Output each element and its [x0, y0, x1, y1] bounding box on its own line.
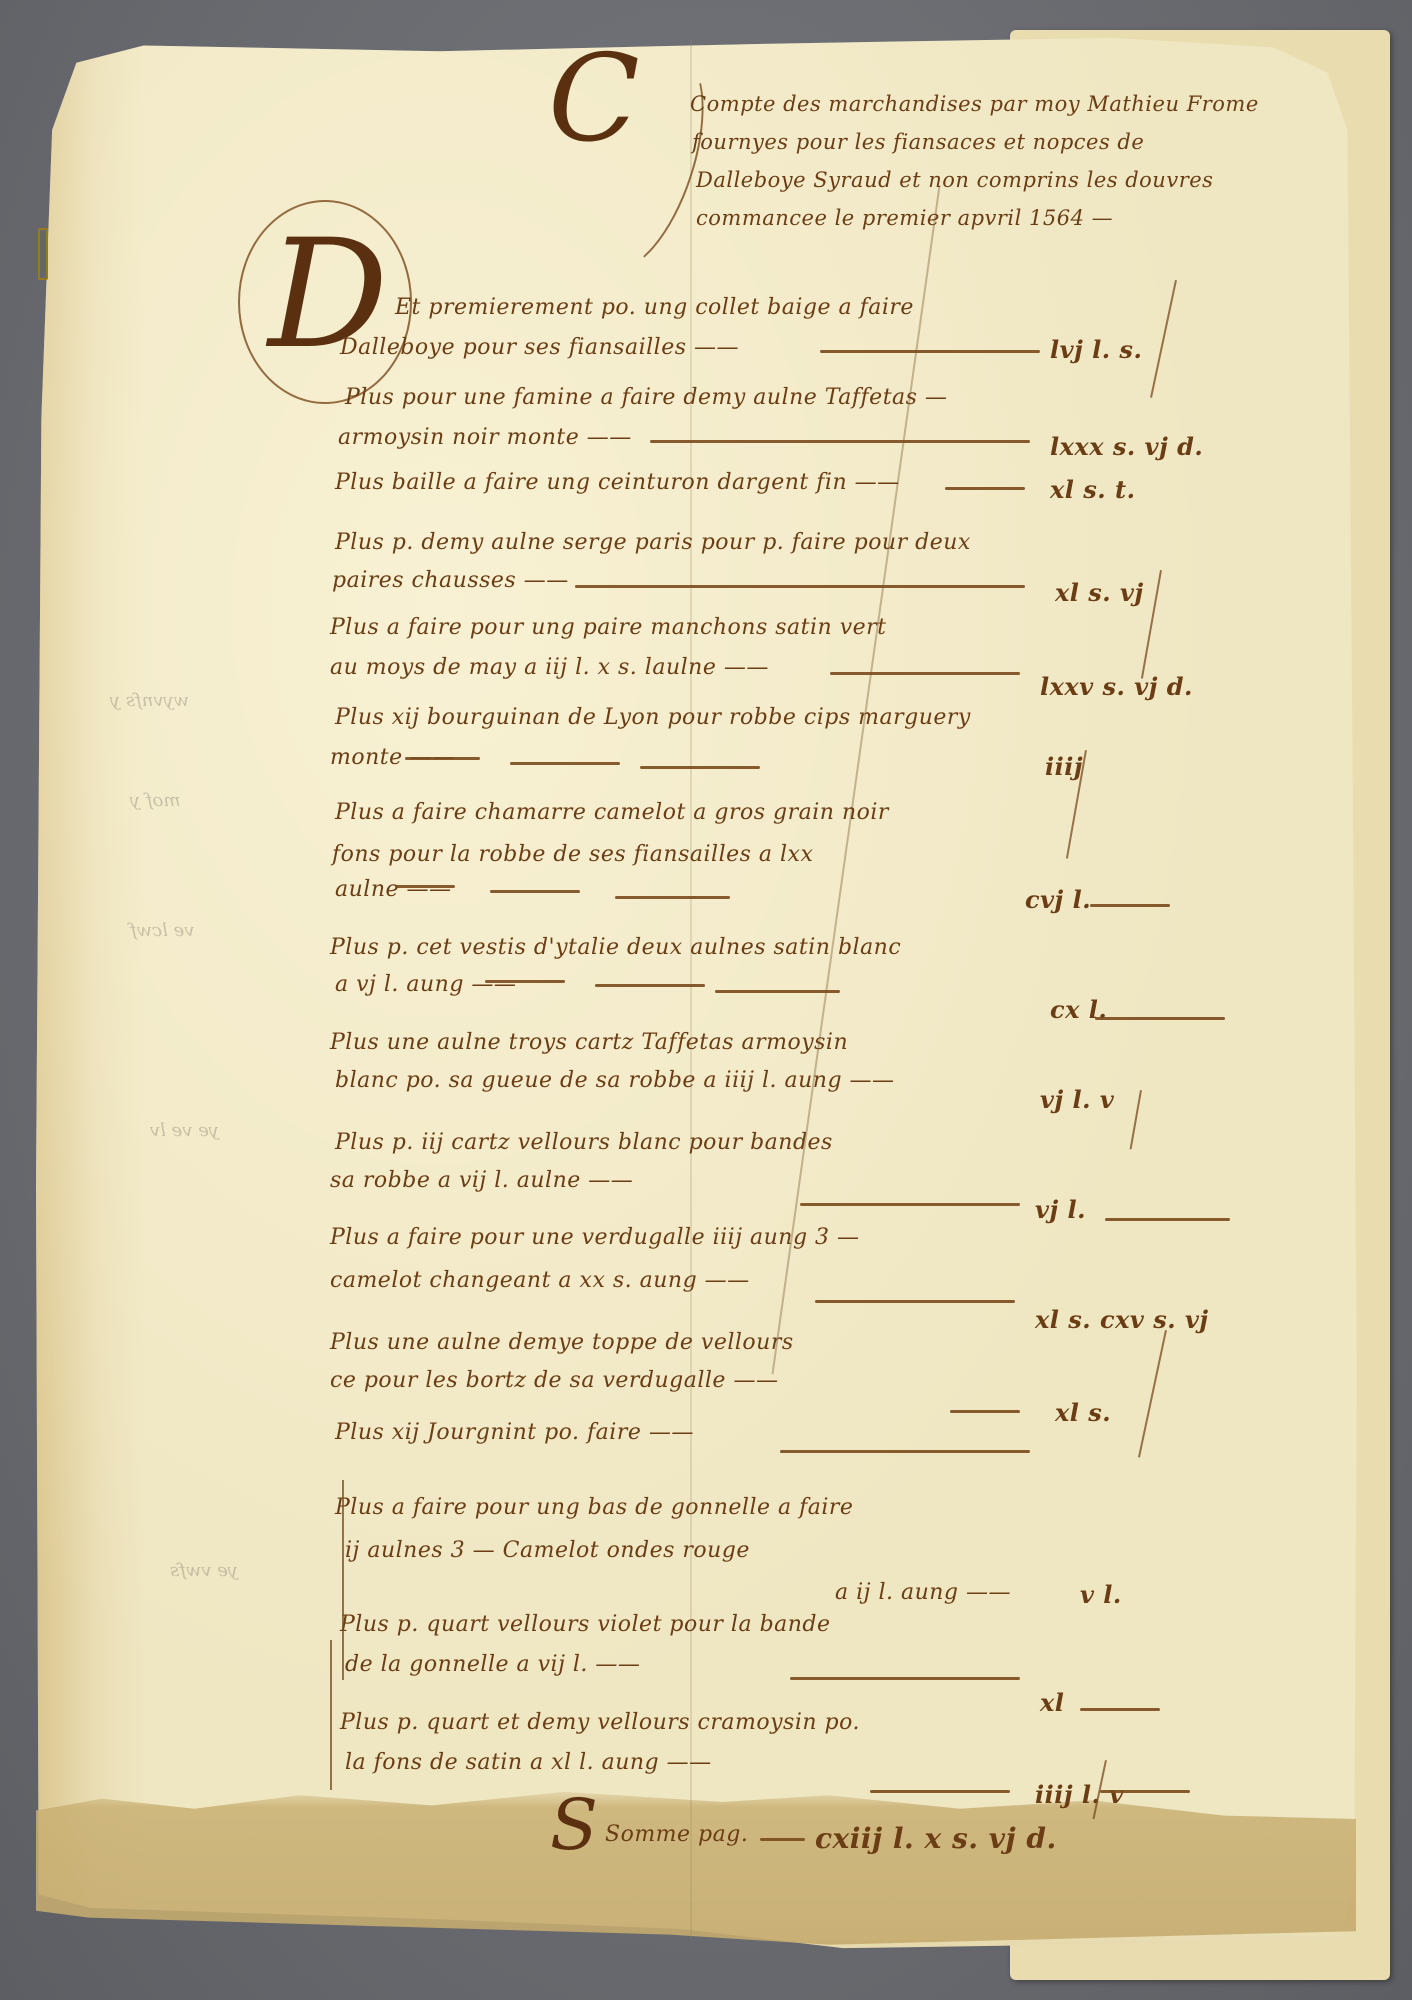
ledger-rule — [870, 1790, 1010, 1793]
decorated-initial-s: S — [550, 1790, 598, 1860]
bracket-stroke — [330, 1640, 332, 1790]
entry-line: aulne —— — [335, 877, 452, 902]
entry-line: Et premierement po. ung collet baige a f… — [395, 295, 914, 320]
entry-line: a ij l. aung —— — [835, 1580, 1011, 1605]
entry-line: Plus p. cet vestis d'ytalie deux aulnes … — [330, 935, 901, 960]
entry-line: Plus une aulne demye toppe de vellours — [330, 1330, 794, 1355]
heading-line: Dalleboye Syraud et non comprins les dou… — [696, 168, 1213, 192]
entry-amount: iiij — [1045, 752, 1083, 781]
entry-amount: xl — [1040, 1688, 1064, 1717]
ledger-rule — [815, 1300, 1015, 1303]
entry-line: camelot changeant a xx s. aung —— — [330, 1268, 750, 1293]
entry-amount: xl s. vj — [1055, 578, 1144, 607]
ledger-rule — [1095, 1017, 1225, 1020]
ledger-rule — [1080, 1708, 1160, 1711]
entry-line: la fons de satin a xl l. aung —— — [345, 1750, 712, 1775]
ledger-rule — [595, 984, 705, 987]
entry-line: de la gonnelle a vij l. —— — [345, 1652, 640, 1677]
ledger-rule — [650, 440, 1030, 443]
entry-line: a vj l. aung —— — [335, 972, 516, 997]
bleed-through-text: wyvnfs y — [110, 690, 189, 711]
heading-line: fournyes pour les fiansaces et nopces de — [692, 130, 1144, 154]
entry-line: Plus xij Jourgnint po. faire —— — [335, 1420, 694, 1445]
ledger-rule — [1105, 1218, 1230, 1221]
ledger-rule — [575, 585, 1025, 588]
ledger-rule — [715, 990, 840, 993]
entry-line: armoysin noir monte —— — [338, 425, 632, 450]
ledger-rule — [395, 885, 455, 888]
entry-line: Plus pour une famine a faire demy aulne … — [345, 385, 947, 410]
entry-line: ce pour les bortz de sa verdugalle —— — [330, 1368, 778, 1393]
ledger-rule — [640, 766, 760, 769]
entry-amount: vj l. v — [1040, 1085, 1114, 1114]
ledger-rule — [820, 350, 1040, 353]
entry-line: Plus p. demy aulne serge paris pour p. f… — [335, 530, 971, 555]
manuscript-page — [36, 34, 1381, 1952]
entry-amount: lvj l. s. — [1050, 335, 1142, 364]
bracket-stroke — [342, 1480, 344, 1680]
entry-line: ij aulnes 3 — Camelot ondes rouge — [345, 1538, 750, 1563]
entry-amount: iiij l. v — [1035, 1780, 1124, 1809]
binding-clip-icon — [38, 228, 48, 280]
ledger-rule — [790, 1677, 1020, 1680]
entry-amount: lxxx s. vj d. — [1050, 432, 1203, 461]
entry-line: Plus a faire pour une verdugalle iiij au… — [330, 1225, 860, 1250]
ledger-rule — [950, 1410, 1020, 1413]
ledger-rule — [1100, 1790, 1190, 1793]
entry-line: Plus une aulne troys cartz Taffetas armo… — [330, 1030, 848, 1055]
entry-line: Plus p. iij cartz vellours blanc pour ba… — [335, 1130, 833, 1155]
ledger-rule — [405, 757, 480, 760]
entry-line: Plus p. quart vellours violet pour la ba… — [340, 1612, 831, 1637]
ledger-rule — [945, 487, 1025, 490]
entry-line: Plus a faire pour ung bas de gonnelle a … — [335, 1495, 853, 1520]
entry-line: paires chausses —— — [332, 568, 569, 593]
ledger-rule — [615, 896, 730, 899]
ledger-rule — [830, 672, 1020, 675]
ledger-rule — [800, 1203, 1020, 1206]
bleed-through-text: ye ve lv — [150, 1120, 219, 1141]
entry-amount: xl s. — [1055, 1398, 1111, 1427]
ledger-rule — [485, 980, 565, 983]
entry-amount: v l. — [1080, 1580, 1122, 1609]
bleed-through-text: ye vwfs — [170, 1560, 238, 1581]
entry-line: Plus xij bourguinan de Lyon pour robbe c… — [335, 705, 971, 730]
entry-amount: lxxv s. vj d. — [1040, 672, 1193, 701]
bleed-through-text: ve lcwf — [130, 920, 194, 941]
entry-line: blanc po. sa gueue de sa robbe a iiij l.… — [335, 1068, 895, 1093]
fold-line — [690, 40, 692, 1940]
entry-line: Plus a faire pour ung paire manchons sat… — [330, 615, 887, 640]
heading-line: commancee le premier apvril 1564 — — [696, 206, 1113, 230]
entry-line: Dalleboye pour ses fiansailles —— — [340, 335, 739, 360]
entry-line: Plus a faire chamarre camelot a gros gra… — [335, 800, 889, 825]
entry-line: au moys de may a iij l. x s. laulne —— — [330, 655, 769, 680]
entry-line: fons pour la robbe de ses fiansailles a … — [332, 842, 813, 867]
bleed-through-text: mof y — [130, 790, 180, 811]
entry-amount: vj l. — [1035, 1195, 1086, 1224]
entry-amount: cvj l. — [1025, 885, 1091, 914]
heading-line: Compte des marchandises par moy Mathieu … — [690, 92, 1259, 116]
entry-line: Plus baille a faire ung ceinturon dargen… — [335, 470, 900, 495]
total-amount: cxiij l. x s. vj d. — [815, 1822, 1057, 1855]
ledger-rule — [760, 1838, 805, 1841]
total-label: Somme pag. — [605, 1822, 748, 1847]
ledger-rule — [490, 890, 580, 893]
entry-amount: xl s. t. — [1050, 475, 1135, 504]
entry-line: Plus p. quart et demy vellours cramoysin… — [340, 1710, 860, 1735]
ledger-rule — [510, 762, 620, 765]
entry-line: sa robbe a vij l. aulne —— — [330, 1168, 633, 1193]
ledger-rule — [780, 1450, 1030, 1453]
entry-amount: xl s. cxv s. vj — [1035, 1305, 1209, 1334]
ledger-rule — [1090, 904, 1170, 907]
